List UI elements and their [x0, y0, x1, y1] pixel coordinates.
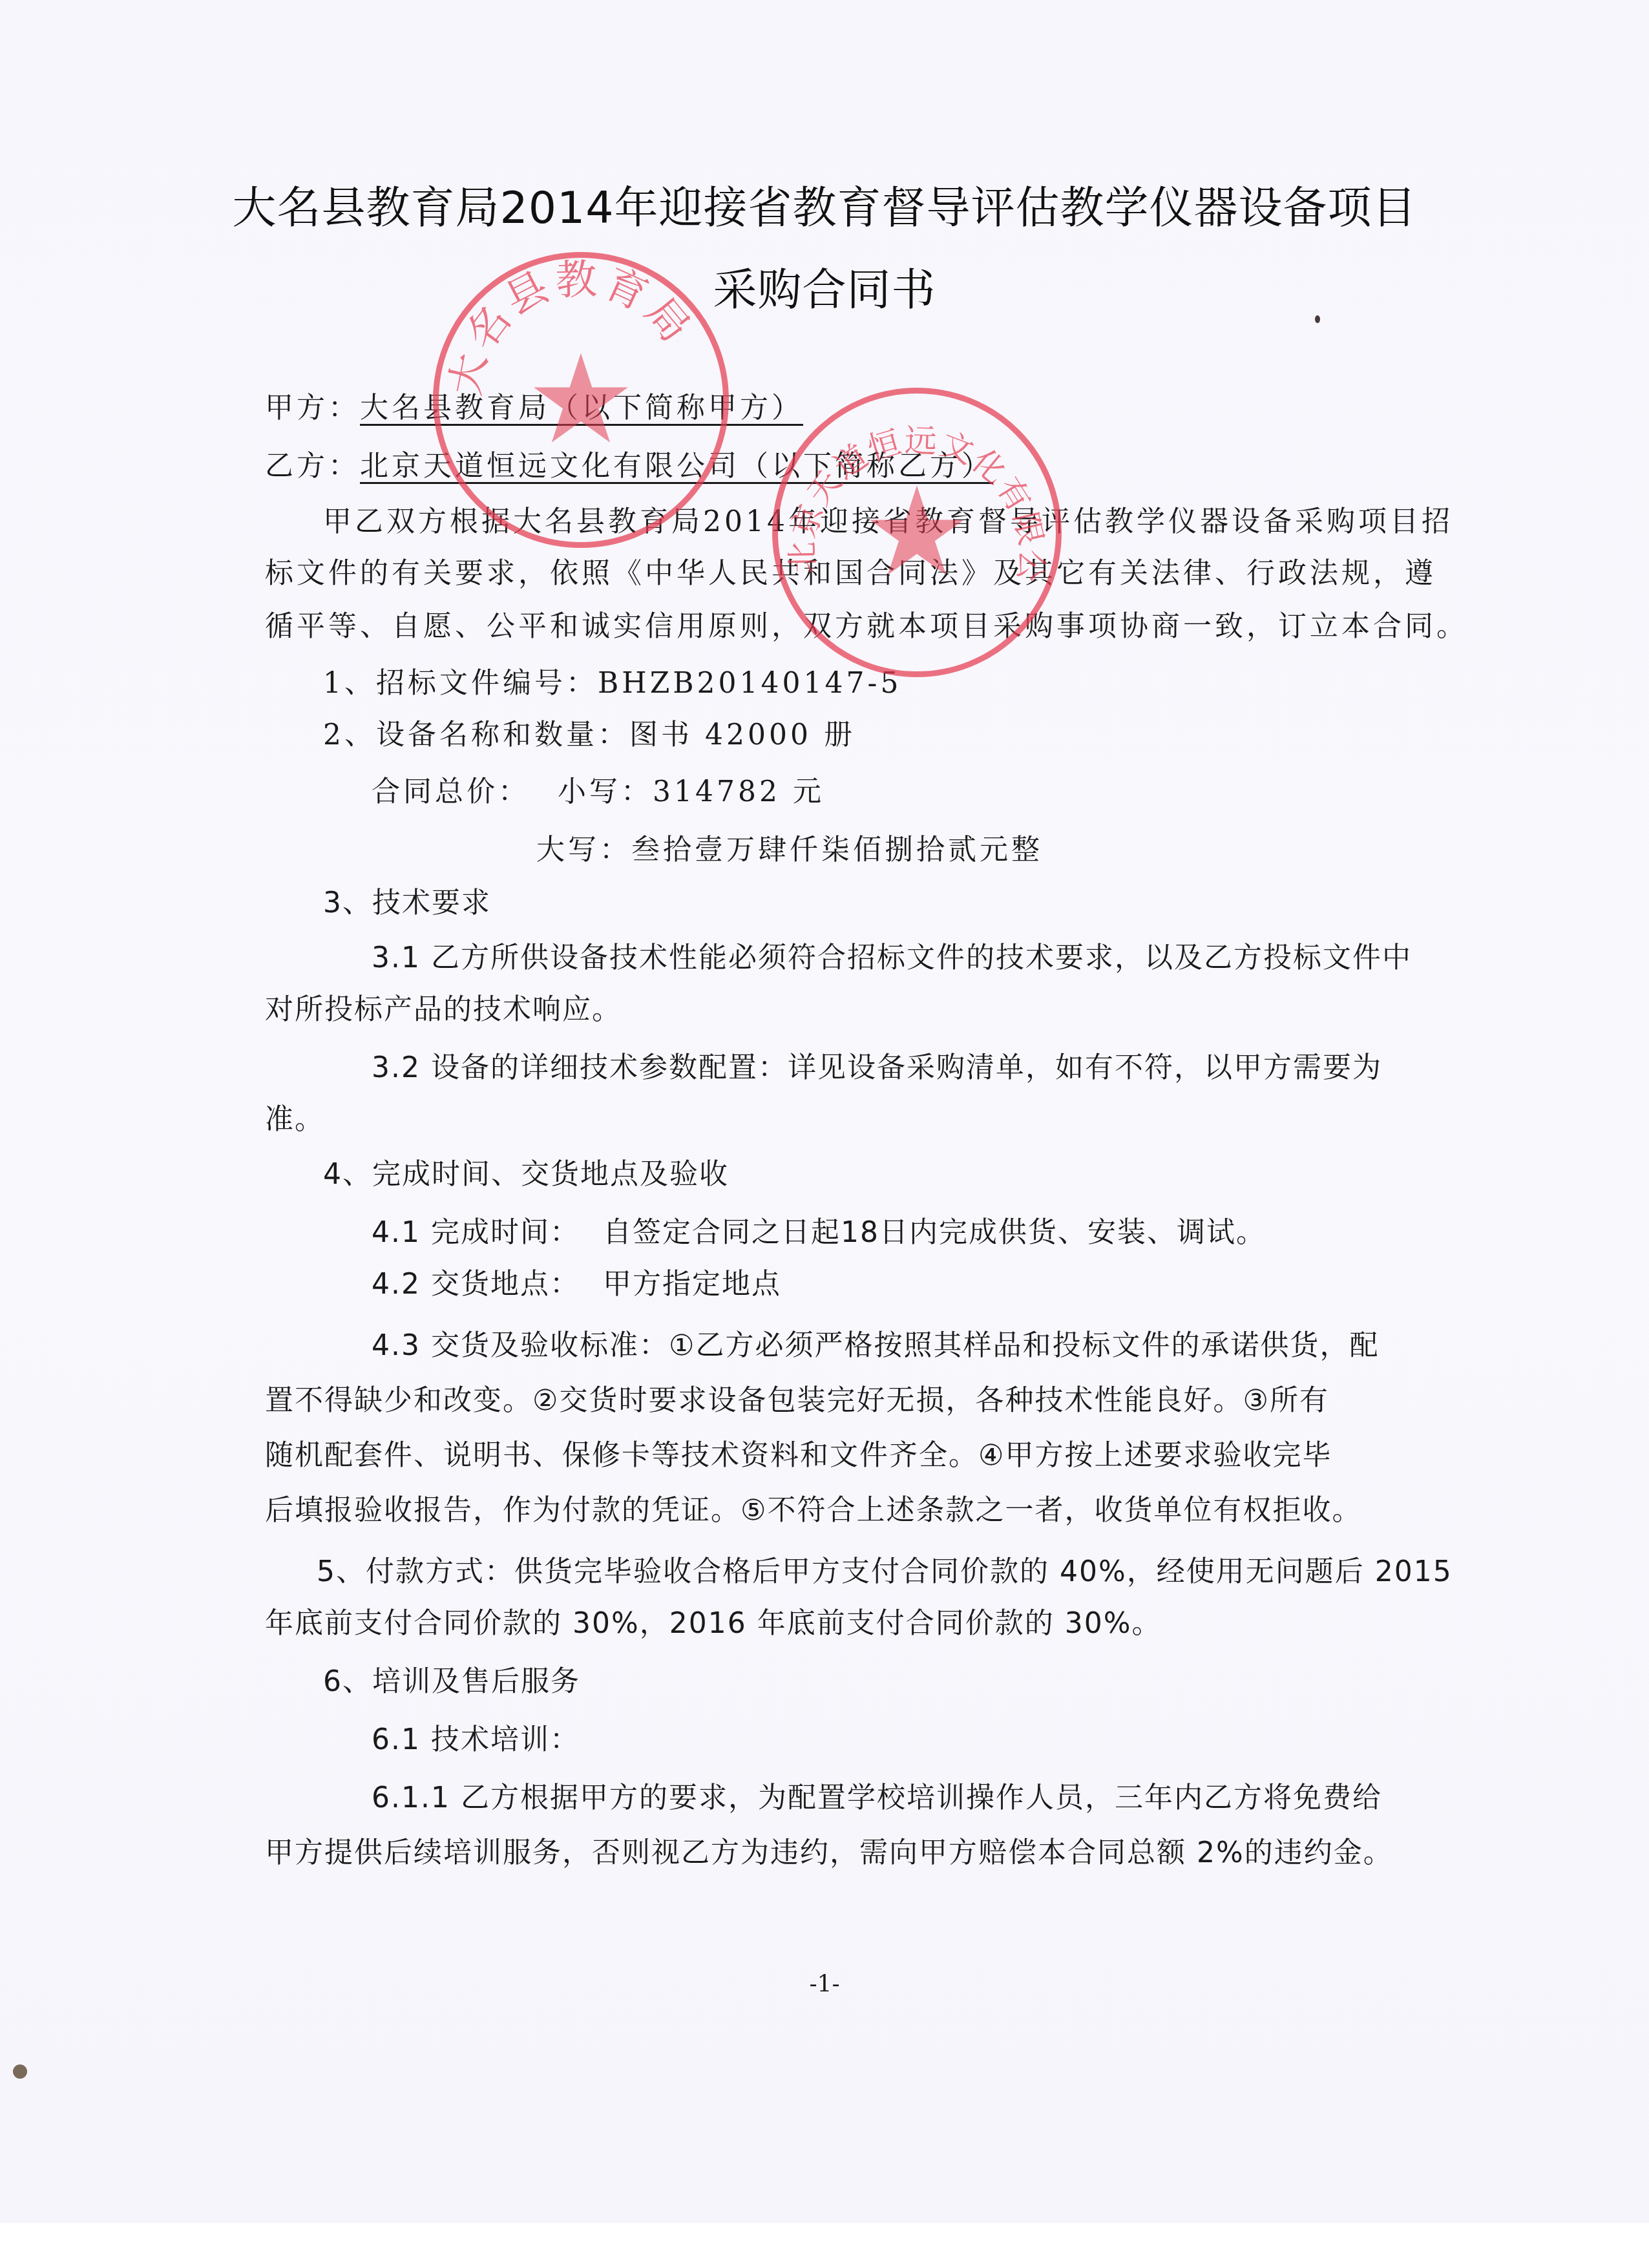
section-3-2-line-2: 准。: [265, 1102, 324, 1138]
price-label: 合同总价：: [372, 775, 530, 808]
section-4-3-line-1: 4.3 交货及验收标准：①乙方必须严格按照其样品和投标文件的承诺供货，配: [372, 1328, 1379, 1364]
delivery-location-value: 甲方指定地点: [603, 1268, 781, 1301]
price-large-label: 大写：: [536, 834, 631, 866]
section-3-1-line-1: 3.1 乙方所供设备技术性能必须符合招标文件的技术要求，以及乙方投标文件中: [372, 940, 1412, 976]
intro-line-1: 甲乙双方根据大名县教育局2014年迎接省教育督导评估教学仪器设备采购项目招: [323, 504, 1453, 540]
section-4-3-line-4: 后填报验收报告，作为付款的凭证。⑤不符合上述条款之一者，收货单位有权拒收。: [265, 1493, 1361, 1529]
delivery-location-label: 4.2 交货地点：: [372, 1268, 580, 1301]
clause-1: 1、招标文件编号：BHZB20140147-5: [323, 666, 901, 702]
section-6-1-heading: 6.1 技术培训：: [372, 1722, 580, 1758]
completion-time-label: 4.1 完成时间：: [372, 1216, 580, 1249]
clause-2: 2、设备名称和数量：图书 42000 册: [323, 717, 856, 753]
price-small-value: 314782 元: [653, 775, 824, 808]
section-5-line-1: 5、付款方式：供货完毕验收合格后甲方支付合同价款的 40%，经使用无问题后 20…: [317, 1554, 1453, 1590]
section-4-3-line-2: 置不得缺少和改变。②交货时要求设备包装完好无损，各种技术性能良好。③所有: [265, 1383, 1329, 1419]
section-6-heading: 6、培训及售后服务: [323, 1664, 580, 1700]
section-4-2: 4.2 交货地点： 甲方指定地点: [372, 1266, 781, 1303]
page-number: -1-: [0, 1971, 1649, 1997]
completion-time-value: 自签定合同之日起18日内完成供货、安装、调试。: [603, 1216, 1266, 1249]
contract-price-small: 合同总价： 小写：314782 元: [372, 774, 824, 810]
party-a-value: 大名县教育局（以下简称甲方）: [360, 392, 803, 425]
section-6-1-1-line-1: 6.1.1 乙方根据甲方的要求，为配置学校培训操作人员，三年内乙方将免费给: [372, 1780, 1382, 1816]
intro-line-3: 循平等、自愿、公平和诚实信用原则，双方就本项目采购事项协商一致，订立本合同。: [265, 609, 1468, 645]
contract-price-large: 大写：叁拾壹万肆仟柒佰捌拾贰元整: [536, 832, 1043, 868]
payment-terms-1: 供货完毕验收合格后甲方支付合同价款的 40%，经使用无问题后 2015: [514, 1555, 1453, 1588]
section-6-1-1-line-2: 甲方提供后续培训服务，否则视乙方为违约，需向甲方赔偿本合同总额 2%的违约金。: [265, 1835, 1393, 1871]
section-3-heading: 3、技术要求: [323, 885, 491, 921]
scan-speck: [13, 2064, 27, 2079]
equipment-quantity: 图书 42000 册: [629, 719, 856, 751]
clause-1-label: 1、招标文件编号：: [323, 667, 598, 700]
price-small-label: 小写：: [558, 775, 653, 808]
section-4-3-line-3: 随机配套件、说明书、保修卡等技术资料和文件齐全。④甲方按上述要求验收完毕: [265, 1438, 1332, 1474]
scan-speck: [1315, 315, 1320, 323]
party-b-line: 乙方：北京天道恒远文化有限公司（以下简称乙方）: [265, 448, 993, 485]
document-subtitle: 采购合同书: [0, 255, 1649, 318]
document-title: 大名县教育局2014年迎接省教育督导评估教学仪器设备项目: [0, 173, 1649, 236]
party-a-label: 甲方：: [265, 392, 360, 425]
section-3-2-line-1: 3.2 设备的详细技术参数配置：详见设备采购清单，如有不符，以甲方需要为: [372, 1050, 1382, 1086]
section-4-heading: 4、完成时间、交货地点及验收: [323, 1157, 729, 1193]
clause-2-label: 2、设备名称和数量：: [323, 719, 629, 751]
section-3-1-line-2: 对所投标产品的技术响应。: [265, 992, 622, 1028]
section-4-1: 4.1 完成时间： 自签定合同之日起18日内完成供货、安装、调试。: [372, 1215, 1266, 1251]
intro-line-2: 标文件的有关要求，依照《中华人民共和国合同法》及其它有关法律、行政法规，遵: [265, 556, 1436, 592]
party-a-line: 甲方：大名县教育局（以下简称甲方）: [265, 390, 803, 426]
party-b-label: 乙方：: [265, 450, 360, 483]
price-large-value: 叁拾壹万肆仟柒佰捌拾贰元整: [631, 834, 1043, 866]
payment-label: 5、付款方式：: [317, 1555, 514, 1588]
party-b-value: 北京天道恒远文化有限公司（以下简称乙方）: [360, 450, 993, 483]
document-page: [0, 0, 1649, 2223]
tender-number: BHZB20140147-5: [598, 667, 901, 700]
section-5-line-2: 年底前支付合同价款的 30%，2016 年底前支付合同价款的 30%。: [265, 1606, 1162, 1642]
scan-margin: [0, 2223, 1649, 2268]
